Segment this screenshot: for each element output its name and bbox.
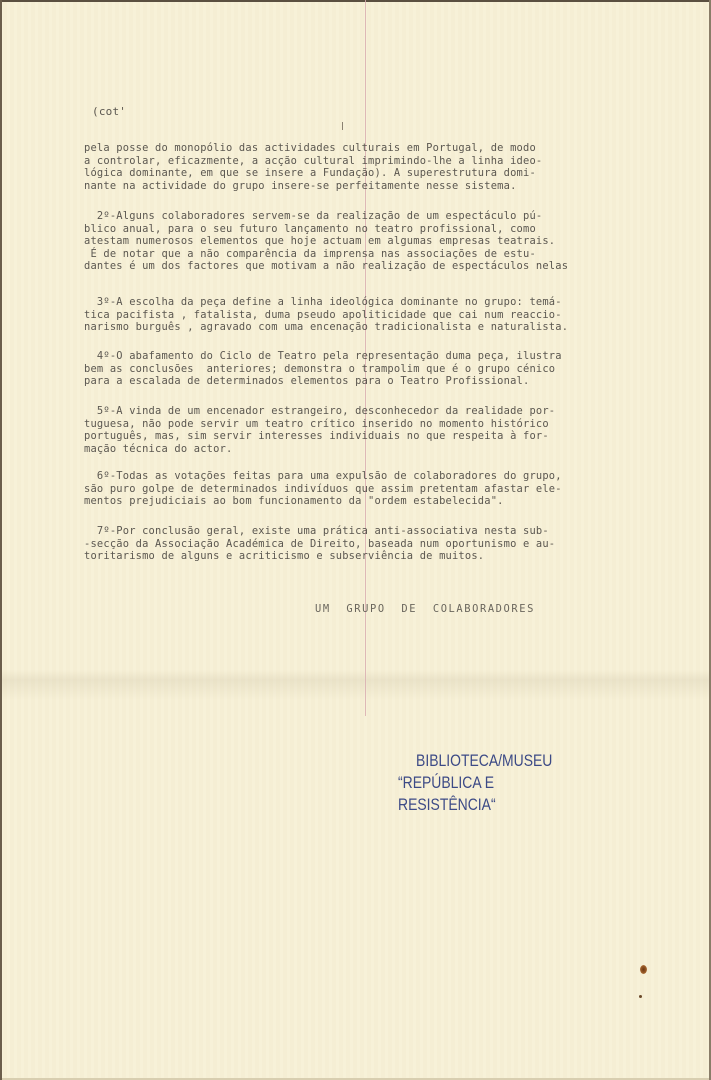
paragraph-point-7: 7º-Por conclusão geral, existe uma práti… <box>84 525 555 563</box>
paragraph-point-3: 3º-A escolha da peça define a linha ideo… <box>84 296 568 334</box>
paragraph-point-5: 5º-A vinda de um encenador estrangeiro, … <box>84 405 555 455</box>
rust-stain <box>640 965 647 974</box>
stamp-line-1: BIBLIOTECA/MUSEU <box>398 750 592 772</box>
ink-mark <box>342 122 343 130</box>
continuation-marker: (cot' <box>92 106 126 119</box>
library-museum-stamp: BIBLIOTECA/MUSEU “REPÚBLICA E RESISTÊNCI… <box>398 750 592 816</box>
rust-stain-small <box>639 995 642 998</box>
paragraph-point-2: 2º-Alguns colaboradores servem-se da rea… <box>84 210 568 273</box>
paragraph-point-4: 4º-O abafamento do Ciclo de Teatro pela … <box>84 350 562 388</box>
paragraph-point-6: 6º-Todas as votações feitas para uma exp… <box>84 470 562 508</box>
scanned-document-page: (cot' pela posse do monopólio das activi… <box>0 0 711 1080</box>
signature-line: UM GRUPO DE COLABORADORES <box>315 603 535 616</box>
stamp-line-2: “REPÚBLICA E RESISTÊNCIA“ <box>398 772 592 816</box>
paragraph-intro-continuation: pela posse do monopólio das actividades … <box>84 142 542 192</box>
